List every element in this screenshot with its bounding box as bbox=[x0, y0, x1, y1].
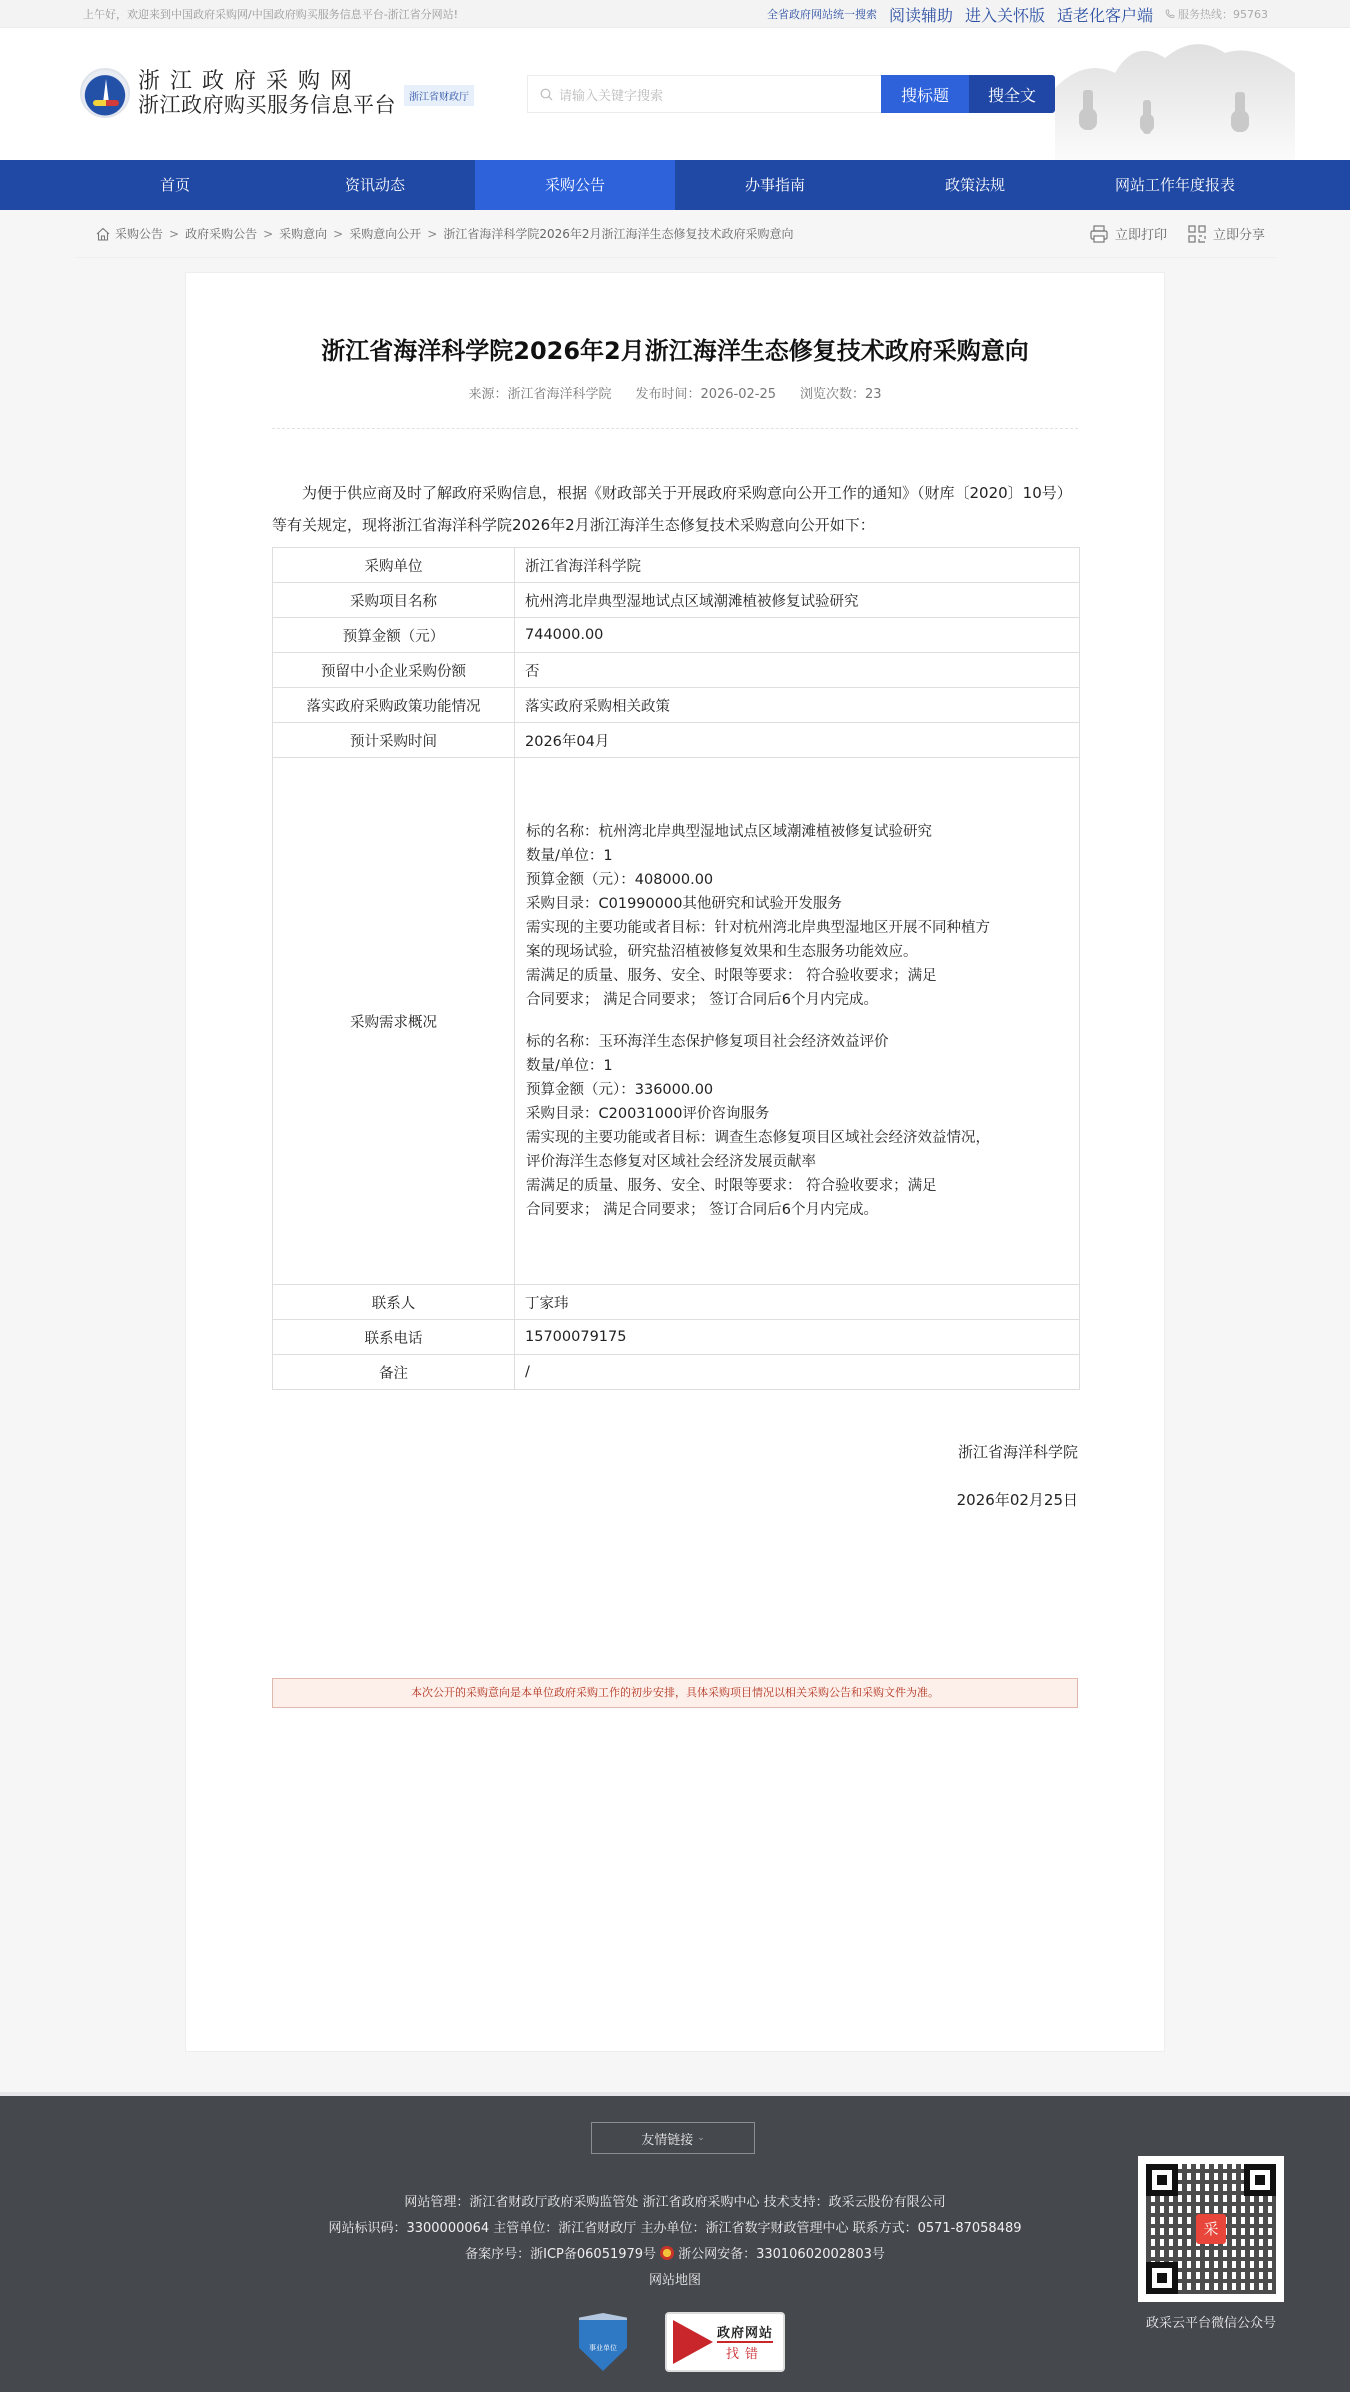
magnifier-icon bbox=[673, 2320, 713, 2364]
requirements-cell: 标的名称：杭州湾北岸典型湿地试点区域潮滩植被修复试验研究 数量/单位：1 预算金… bbox=[515, 758, 1080, 1285]
police-record-link[interactable]: 浙公网安备：33010602002803号 bbox=[678, 2247, 885, 2262]
elder-client-link[interactable]: 适老化客户端 bbox=[1057, 3, 1153, 26]
article-meta: 来源：浙江省海洋科学院 发布时间：2026-02-25 浏览次数：23 bbox=[272, 383, 1078, 402]
breadcrumb-separator: > bbox=[169, 227, 179, 241]
qr-code-icon: 采 bbox=[1138, 2156, 1284, 2302]
requirement-line: 采购目录：C01990000其他研究和试验开发服务 bbox=[526, 892, 1079, 916]
row-label: 联系人 bbox=[273, 1285, 515, 1320]
nav-item-procurement-notice[interactable]: 采购公告 bbox=[475, 160, 675, 210]
reading-aid-link[interactable]: 阅读辅助 bbox=[889, 3, 953, 26]
requirement-line: 合同要求； 满足合同要求； 签订合同后6个月内完成。 bbox=[526, 1198, 1079, 1222]
table-row: 预算金额（元）744000.00 bbox=[273, 618, 1080, 653]
row-value: 2026年04月 bbox=[515, 723, 1080, 758]
friend-links-dropdown[interactable]: 友情链接 ⌄ bbox=[591, 2122, 755, 2154]
share-label: 立即分享 bbox=[1213, 224, 1265, 243]
table-row: 采购单位浙江省海洋科学院 bbox=[273, 548, 1080, 583]
wechat-qr: 采 政采云平台微信公众号 bbox=[1138, 2156, 1284, 2331]
article-publish-time: 发布时间：2026-02-25 bbox=[635, 383, 776, 402]
signature-date: 2026年02月25日 bbox=[272, 1490, 1078, 1510]
breadcrumb-item[interactable]: 采购意向公开 bbox=[349, 225, 421, 242]
row-label: 采购单位 bbox=[273, 548, 515, 583]
table-row: 备注/ bbox=[273, 1355, 1080, 1390]
logo-title: 浙江政府采购网 bbox=[138, 70, 396, 93]
share-button[interactable]: 立即分享 bbox=[1187, 224, 1265, 244]
qr-label: 政采云平台微信公众号 bbox=[1138, 2312, 1284, 2331]
chevron-down-icon: ⌄ bbox=[697, 2133, 705, 2143]
police-badge-icon bbox=[660, 2246, 674, 2260]
shield-label: 事业单位 bbox=[579, 2343, 627, 2353]
scenery-illustration bbox=[1055, 28, 1295, 160]
breadcrumb-separator: > bbox=[263, 227, 273, 241]
row-label: 备注 bbox=[273, 1355, 515, 1390]
breadcrumb: 采购公告> 政府采购公告> 采购意向> 采购意向公开> 浙江省海洋科学院2026… bbox=[95, 225, 794, 242]
article-card: 浙江省海洋科学院2026年2月浙江海洋生态修复技术政府采购意向 来源：浙江省海洋… bbox=[185, 272, 1165, 2052]
hotline-text: 服务热线：95763 bbox=[1178, 6, 1268, 22]
printer-icon bbox=[1089, 224, 1109, 244]
hotline: 服务热线：95763 bbox=[1165, 6, 1268, 22]
breadcrumb-separator: > bbox=[427, 227, 437, 241]
gov-site-findbug-button[interactable]: 政府网站 找错 bbox=[665, 2312, 785, 2372]
search-input[interactable]: 请输入关键字搜索 bbox=[527, 75, 881, 113]
requirement-line: 合同要求； 满足合同要求； 签订合同后6个月内完成。 bbox=[526, 988, 1079, 1012]
requirement-line: 预算金额（元）：408000.00 bbox=[526, 868, 1079, 892]
signature-org: 浙江省海洋科学院 bbox=[272, 1442, 1078, 1462]
search-title-button[interactable]: 搜标题 bbox=[881, 75, 969, 113]
nav-item-annual-report[interactable]: 网站工作年度报表 bbox=[1075, 160, 1275, 210]
breadcrumb-current: 浙江省海洋科学院2026年2月浙江海洋生态修复技术政府采购意向 bbox=[443, 225, 793, 242]
procurement-info-table: 采购单位浙江省海洋科学院 采购项目名称杭州湾北岸典型湿地试点区域潮滩植被修复试验… bbox=[272, 547, 1080, 1390]
nav-item-policy[interactable]: 政策法规 bbox=[875, 160, 1075, 210]
requirement-item: 标的名称：杭州湾北岸典型湿地试点区域潮滩植被修复试验研究 数量/单位：1 预算金… bbox=[526, 820, 1079, 1012]
requirement-line: 标的名称：玉环海洋生态保护修复项目社会经济效益评价 bbox=[526, 1030, 1079, 1054]
requirement-line: 需实现的主要功能或者目标：调查生态修复项目区域社会经济效益情况， bbox=[526, 1126, 1079, 1150]
institution-shield-icon[interactable]: 事业单位 bbox=[579, 2313, 627, 2371]
logo-badge: 浙江省财政厅 bbox=[404, 85, 474, 106]
breadcrumb-item[interactable]: 采购公告 bbox=[115, 225, 163, 242]
row-value: 浙江省海洋科学院 bbox=[515, 548, 1080, 583]
search-fulltext-button[interactable]: 搜全文 bbox=[969, 75, 1055, 113]
breadcrumb-separator: > bbox=[333, 227, 343, 241]
requirement-line: 采购目录：C20031000评价咨询服务 bbox=[526, 1102, 1079, 1126]
table-row: 采购项目名称杭州湾北岸典型湿地试点区域潮滩植被修复试验研究 bbox=[273, 583, 1080, 618]
unified-search-link[interactable]: 全省政府网站统一搜索 bbox=[767, 6, 877, 22]
main-nav: 首页 资讯动态 采购公告 办事指南 政策法规 网站工作年度报表 bbox=[0, 160, 1350, 210]
row-value: 744000.00 bbox=[515, 618, 1080, 653]
page-title: 浙江省海洋科学院2026年2月浙江海洋生态修复技术政府采购意向 bbox=[272, 273, 1078, 369]
row-value: 否 bbox=[515, 653, 1080, 688]
icp-link[interactable]: 备案序号：浙ICP备06051979号 bbox=[465, 2247, 656, 2262]
requirement-line: 数量/单位：1 bbox=[526, 1054, 1079, 1078]
logo-subtitle: 浙江政府购买服务信息平台 bbox=[138, 94, 396, 116]
friend-links-label: 友情链接 bbox=[641, 2129, 693, 2148]
nav-item-news[interactable]: 资讯动态 bbox=[275, 160, 475, 210]
row-value: 杭州湾北岸典型湿地试点区域潮滩植被修复试验研究 bbox=[515, 583, 1080, 618]
findbug-subtitle: 找错 bbox=[726, 2343, 764, 2362]
row-value: 落实政府采购相关政策 bbox=[515, 688, 1080, 723]
site-footer: 友情链接 ⌄ 网站管理：浙江省财政厅政府采购监管处 浙江省政府采购中心 技术支持… bbox=[0, 2092, 1350, 2392]
care-mode-link[interactable]: 进入关怀版 bbox=[965, 3, 1045, 26]
requirement-line: 数量/单位：1 bbox=[526, 844, 1079, 868]
table-row: 联系电话15700079175 bbox=[273, 1320, 1080, 1355]
table-row: 联系人丁家玮 bbox=[273, 1285, 1080, 1320]
home-icon[interactable] bbox=[95, 226, 111, 242]
breadcrumb-bar: 采购公告> 政府采购公告> 采购意向> 采购意向公开> 浙江省海洋科学院2026… bbox=[0, 210, 1350, 258]
intro-paragraph: 为便于供应商及时了解政府采购信息，根据《财政部关于开展政府采购意向公开工作的通知… bbox=[272, 477, 1078, 541]
signature: 浙江省海洋科学院 2026年02月25日 bbox=[272, 1442, 1078, 1510]
requirement-item: 标的名称：玉环海洋生态保护修复项目社会经济效益评价 数量/单位：1 预算金额（元… bbox=[526, 1030, 1079, 1222]
table-row: 落实政府采购政策功能情况落实政府采购相关政策 bbox=[273, 688, 1080, 723]
row-value: 15700079175 bbox=[515, 1320, 1080, 1355]
article-view-count: 浏览次数：23 bbox=[800, 383, 882, 402]
row-value: / bbox=[515, 1355, 1080, 1390]
search-placeholder: 请输入关键字搜索 bbox=[559, 85, 663, 104]
requirement-line: 需满足的质量、服务、安全、时限等要求： 符合验收要求；满足 bbox=[526, 1174, 1079, 1198]
row-label: 落实政府采购政策功能情况 bbox=[273, 688, 515, 723]
row-label: 联系电话 bbox=[273, 1320, 515, 1355]
site-logo[interactable]: 浙江政府采购网 浙江政府购买服务信息平台 浙江省财政厅 bbox=[80, 68, 474, 118]
welcome-text: 上午好，欢迎来到中国政府采购网/中国政府购买服务信息平台-浙江省分网站! bbox=[83, 6, 458, 22]
row-value: 丁家玮 bbox=[515, 1285, 1080, 1320]
site-header: 浙江政府采购网 浙江政府购买服务信息平台 浙江省财政厅 请输入关键字搜索 搜标题… bbox=[0, 28, 1350, 160]
requirement-line: 预算金额（元）：336000.00 bbox=[526, 1078, 1079, 1102]
requirement-line: 评价海洋生态修复对区域社会经济发展贡献率 bbox=[526, 1150, 1079, 1174]
print-button[interactable]: 立即打印 bbox=[1089, 224, 1167, 244]
qr-share-icon bbox=[1187, 224, 1207, 244]
table-row-requirements: 采购需求概况 标的名称：杭州湾北岸典型湿地试点区域潮滩植被修复试验研究 数量/单… bbox=[273, 758, 1080, 1285]
row-label: 预留中小企业采购份额 bbox=[273, 653, 515, 688]
search-icon bbox=[540, 88, 553, 101]
row-label: 预计采购时间 bbox=[273, 723, 515, 758]
article-source: 来源：浙江省海洋科学院 bbox=[468, 383, 611, 402]
nav-item-guide[interactable]: 办事指南 bbox=[675, 160, 875, 210]
table-row: 预留中小企业采购份额否 bbox=[273, 653, 1080, 688]
row-label: 预算金额（元） bbox=[273, 618, 515, 653]
breadcrumb-item[interactable]: 政府采购公告 bbox=[185, 225, 257, 242]
requirement-line: 标的名称：杭州湾北岸典型湿地试点区域潮滩植被修复试验研究 bbox=[526, 820, 1079, 844]
findbug-title: 政府网站 bbox=[717, 2322, 773, 2343]
search-bar: 请输入关键字搜索 搜标题 搜全文 bbox=[527, 75, 1055, 113]
emblem-icon bbox=[80, 68, 130, 118]
row-label: 采购需求概况 bbox=[273, 758, 515, 1285]
requirement-line: 案的现场试验，研究盐沼植被修复效果和生态服务功能效应。 bbox=[526, 940, 1079, 964]
table-row: 预计采购时间2026年04月 bbox=[273, 723, 1080, 758]
phone-icon bbox=[1165, 9, 1175, 19]
row-label: 采购项目名称 bbox=[273, 583, 515, 618]
print-label: 立即打印 bbox=[1115, 224, 1167, 243]
requirement-line: 需实现的主要功能或者目标：针对杭州湾北岸典型湿地区开展不同种植方 bbox=[526, 916, 1079, 940]
qr-center-logo: 采 bbox=[1196, 2214, 1226, 2244]
title-divider bbox=[272, 428, 1078, 429]
top-bar: 上午好，欢迎来到中国政府采购网/中国政府购买服务信息平台-浙江省分网站! 全省政… bbox=[0, 0, 1350, 28]
requirement-line: 需满足的质量、服务、安全、时限等要求： 符合验收要求；满足 bbox=[526, 964, 1079, 988]
breadcrumb-item[interactable]: 采购意向 bbox=[279, 225, 327, 242]
disclaimer-notice: 本次公开的采购意向是本单位政府采购工作的初步安排，具体采购项目情况以相关采购公告… bbox=[272, 1678, 1078, 1708]
nav-item-home[interactable]: 首页 bbox=[75, 160, 275, 210]
